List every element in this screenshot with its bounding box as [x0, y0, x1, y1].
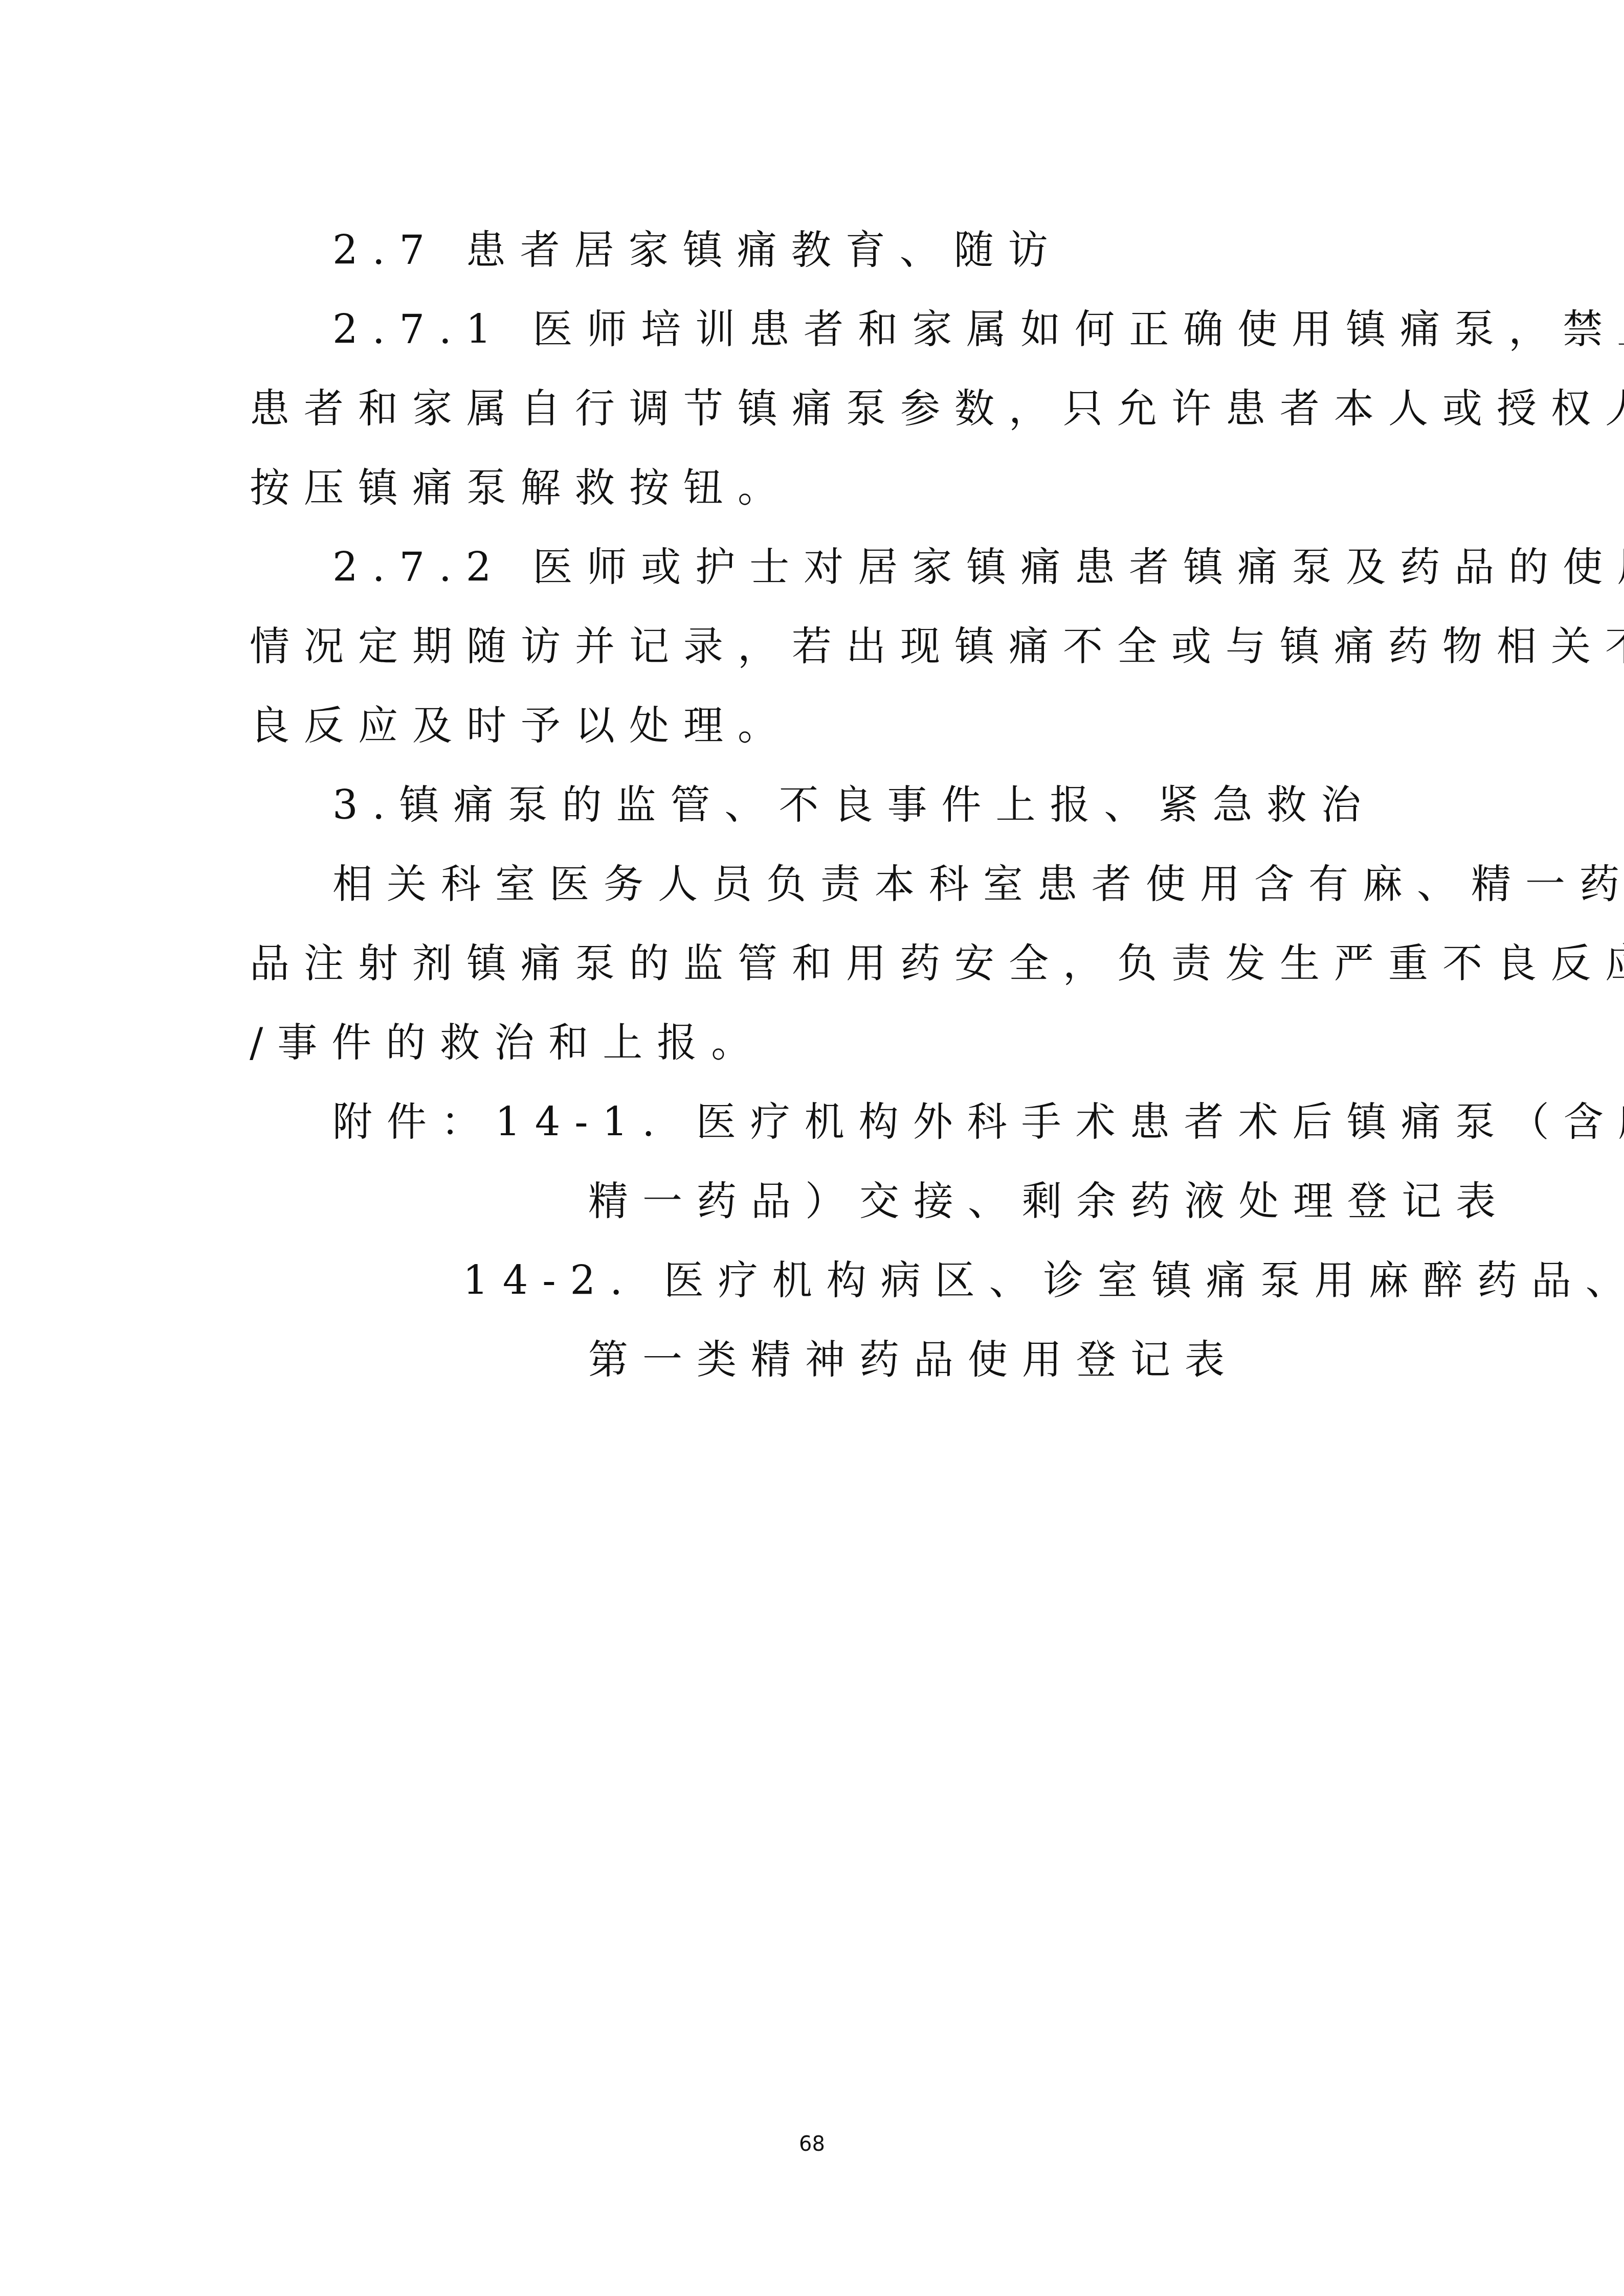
- paragraph-2-7-1-line-1: 2.7.1 医师培训患者和家属如何正确使用镇痛泵，禁止: [332, 304, 1624, 355]
- paragraph-2-7-1-line-2: 患者和家属自行调节镇痛泵参数，只允许患者本人或授权人: [250, 384, 1624, 435]
- paragraph-2-7-2-line-1: 2.7.2 医师或护士对居家镇痛患者镇痛泵及药品的使用: [332, 542, 1624, 593]
- document-page: 2.7 患者居家镇痛教育、随访 2.7.1 医师培训患者和家属如何正确使用镇痛泵…: [0, 0, 1624, 2296]
- paragraph-2-7-2-line-2: 情况定期随访并记录，若出现镇痛不全或与镇痛药物相关不: [250, 621, 1624, 672]
- paragraph-3-line-3: /事件的救治和上报。: [250, 1018, 765, 1069]
- section-heading-3: 3.镇痛泵的监管、不良事件上报、紧急救治: [332, 780, 1375, 831]
- attachment-14-2-line-1: 14-2. 医疗机构病区、诊室镇痛泵用麻醉药品、: [463, 1255, 1624, 1307]
- section-heading-2-7: 2.7 患者居家镇痛教育、随访: [332, 225, 1062, 276]
- page-number: 68: [0, 2132, 1624, 2156]
- paragraph-2-7-2-line-3: 良反应及时予以处理。: [250, 701, 792, 752]
- attachment-14-1-line-2: 精一药品）交接、剩余药液处理登记表: [588, 1176, 1510, 1227]
- attachment-14-2-line-2: 第一类精神药品使用登记表: [588, 1335, 1239, 1386]
- attachment-14-1-line-1: 附件：14-1. 医疗机构外科手术患者术后镇痛泵（含麻、: [332, 1097, 1624, 1148]
- paragraph-3-line-2: 品注射剂镇痛泵的监管和用药安全，负责发生严重不良反应: [250, 938, 1624, 989]
- paragraph-2-7-1-line-3: 按压镇痛泵解救按钮。: [250, 463, 792, 514]
- paragraph-3-line-1: 相关科室医务人员负责本科室患者使用含有麻、精一药: [332, 859, 1624, 910]
